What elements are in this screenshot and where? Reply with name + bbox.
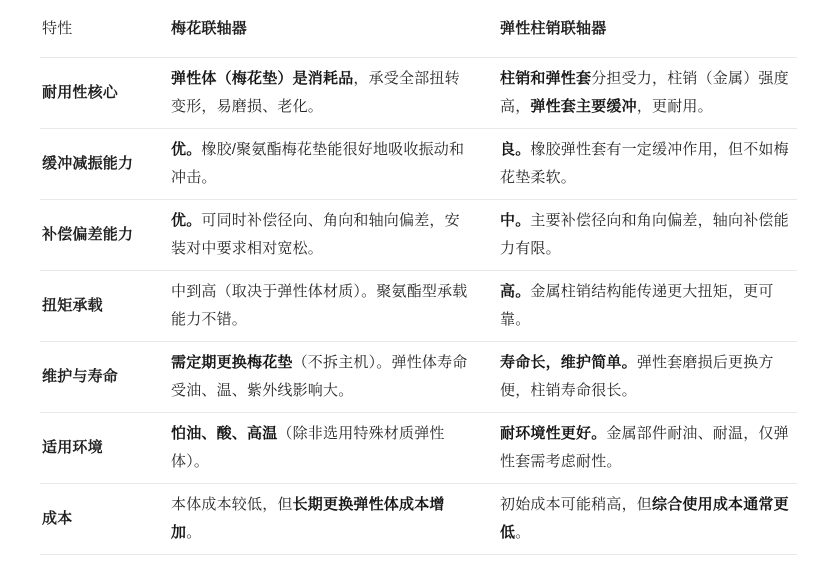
emphasis-text: 中。 <box>500 212 530 229</box>
emphasis-text: 高。 <box>500 283 530 300</box>
emphasis-text: 寿命长，维护简单。 <box>500 354 637 371</box>
body-text: 金属柱销结构能传递更大扭矩，更可靠。 <box>500 283 774 328</box>
feature-cell: 补偿偏差能力 <box>40 221 171 249</box>
feature-cell: 维护与寿命 <box>40 363 171 391</box>
plum-coupling-cell: 中到高（取决于弹性体材质）。聚氨酯型承载能力不错。 <box>171 278 500 334</box>
plum-coupling-cell: 弹性体（梅花垫）是消耗品，承受全部扭转变形，易磨损、老化。 <box>171 65 500 121</box>
header-cell-2: 弹性柱销联轴器 <box>500 15 797 43</box>
table-header-row: 特性梅花联轴器弹性柱销联轴器 <box>40 0 797 58</box>
body-text: 可同时补偿径向、角向和轴向偏差，安装对中要求相对宽松。 <box>171 212 460 257</box>
header-cell-1: 梅花联轴器 <box>171 15 500 43</box>
body-text: 橡胶/聚氨酯梅花垫能很好地吸收振动和冲击。 <box>171 141 464 186</box>
feature-cell: 适用环境 <box>40 434 171 462</box>
emphasis-text: 弹性套主要缓冲 <box>530 98 636 115</box>
plum-coupling-cell: 怕油、酸、高温（除非选用特殊材质弹性体）。 <box>171 420 500 476</box>
emphasis-text: 柱销和弹性套 <box>500 70 591 87</box>
emphasis-text: 优。 <box>171 212 201 229</box>
pin-coupling-cell: 良。橡胶弹性套有一定缓冲作用，但不如梅花垫柔软。 <box>500 136 797 192</box>
plum-coupling-cell: 需定期更换梅花垫（不拆主机）。弹性体寿命受油、温、紫外线影响大。 <box>171 349 500 405</box>
plum-coupling-cell: 本体成本较低，但长期更换弹性体成本增加。 <box>171 491 500 547</box>
feature-cell: 成本 <box>40 505 171 533</box>
emphasis-text: 耐环境性更好。 <box>500 425 606 442</box>
body-text: 初始成本可能稍高，但 <box>500 496 652 513</box>
emphasis-text: 弹性体（梅花垫）是消耗品 <box>171 70 353 87</box>
table-row: 适用环境怕油、酸、高温（除非选用特殊材质弹性体）。耐环境性更好。金属部件耐油、耐… <box>40 413 797 484</box>
emphasis-text: 优。 <box>171 141 201 158</box>
pin-coupling-cell: 初始成本可能稍高，但综合使用成本通常更低。 <box>500 491 797 547</box>
emphasis-text: 良。 <box>500 141 530 158</box>
emphasis-text: 怕油、酸、高温 <box>171 425 277 442</box>
body-text: 本体成本较低，但 <box>171 496 293 513</box>
comparison-table: 特性梅花联轴器弹性柱销联轴器 耐用性核心弹性体（梅花垫）是消耗品，承受全部扭转变… <box>40 0 797 555</box>
header-cell-0: 特性 <box>40 15 171 43</box>
body-text: 。 <box>515 524 530 541</box>
pin-coupling-cell: 耐环境性更好。金属部件耐油、耐温，仅弹性套需考虑耐性。 <box>500 420 797 476</box>
table-row: 耐用性核心弹性体（梅花垫）是消耗品，承受全部扭转变形，易磨损、老化。柱销和弹性套… <box>40 58 797 129</box>
pin-coupling-cell: 高。金属柱销结构能传递更大扭矩，更可靠。 <box>500 278 797 334</box>
pin-coupling-cell: 柱销和弹性套分担受力，柱销（金属）强度高，弹性套主要缓冲，更耐用。 <box>500 65 797 121</box>
emphasis-text: 需定期更换梅花垫 <box>171 354 293 371</box>
pin-coupling-cell: 寿命长，维护简单。弹性套磨损后更换方便，柱销寿命很长。 <box>500 349 797 405</box>
table-row: 补偿偏差能力优。可同时补偿径向、角向和轴向偏差，安装对中要求相对宽松。中。主要补… <box>40 200 797 271</box>
body-text: 主要补偿径向和角向偏差，轴向补偿能力有限。 <box>500 212 789 257</box>
table-row: 缓冲减振能力优。橡胶/聚氨酯梅花垫能很好地吸收振动和冲击。良。橡胶弹性套有一定缓… <box>40 129 797 200</box>
pin-coupling-cell: 中。主要补偿径向和角向偏差，轴向补偿能力有限。 <box>500 207 797 263</box>
table-row: 成本本体成本较低，但长期更换弹性体成本增加。初始成本可能稍高，但综合使用成本通常… <box>40 484 797 555</box>
plum-coupling-cell: 优。橡胶/聚氨酯梅花垫能很好地吸收振动和冲击。 <box>171 136 500 192</box>
feature-cell: 耐用性核心 <box>40 79 171 107</box>
body-text: 中到高（取决于弹性体材质）。聚氨酯型承载能力不错。 <box>171 283 468 328</box>
feature-cell: 扭矩承载 <box>40 292 171 320</box>
table-row: 扭矩承载中到高（取决于弹性体材质）。聚氨酯型承载能力不错。高。金属柱销结构能传递… <box>40 271 797 342</box>
table-body: 耐用性核心弹性体（梅花垫）是消耗品，承受全部扭转变形，易磨损、老化。柱销和弹性套… <box>40 58 797 555</box>
body-text: 。 <box>186 524 201 541</box>
body-text: ，更耐用。 <box>637 98 713 115</box>
body-text: 橡胶弹性套有一定缓冲作用，但不如梅花垫柔软。 <box>500 141 789 186</box>
plum-coupling-cell: 优。可同时补偿径向、角向和轴向偏差，安装对中要求相对宽松。 <box>171 207 500 263</box>
feature-cell: 缓冲减振能力 <box>40 150 171 178</box>
table-row: 维护与寿命需定期更换梅花垫（不拆主机）。弹性体寿命受油、温、紫外线影响大。寿命长… <box>40 342 797 413</box>
